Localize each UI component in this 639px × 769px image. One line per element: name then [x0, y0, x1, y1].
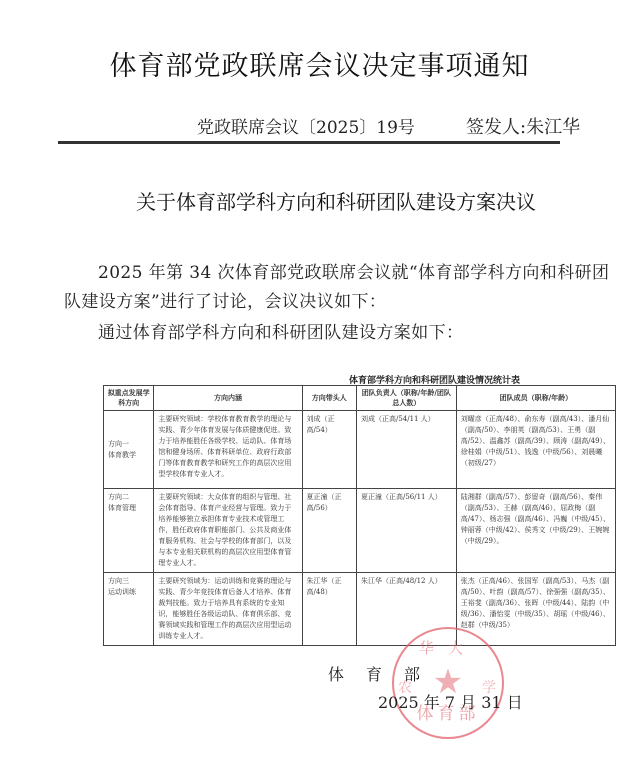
content-cell: 主要研究领域：大众体育的组织与管理、社会体育指导、体育产业经营与管理。致力于培养…: [154, 489, 302, 573]
header-members: 团队成员（职称/年龄）: [456, 386, 615, 411]
leader-cell: 夏正潼（正高/56）: [302, 489, 356, 573]
signature-department: 体育部: [328, 662, 442, 685]
seal-top-text: 华大: [394, 637, 502, 658]
table-header-row: 拟重点发展学科方向 方向内涵 方向带头人 团队负责人（职称/年龄/团队总人数） …: [104, 386, 616, 411]
signer: 签发人:朱江华: [466, 113, 580, 139]
body-paragraph-2: 通过体育部学科方向和科研团队建设方案如下：: [98, 318, 463, 343]
direction-name: 体育教学: [108, 450, 149, 461]
leader-cell: 朱江华（正高/48）: [302, 573, 356, 646]
members-cell: 陆湘群（副高/57）、彭留奇（副高/56）、秦伟（副高/53）、王赫（副高/46…: [456, 489, 615, 573]
direction-name: 体育管理: [108, 503, 149, 514]
header-team-head: 团队负责人（职称/年龄/团队总人数）: [356, 386, 456, 411]
members-cell: 刘曜彦（正高/48）、俞东寿（副高/43）、潘月仙（副高/50）、李朋英（副高/…: [456, 411, 615, 489]
header-direction: 拟重点发展学科方向: [104, 386, 154, 411]
discipline-team-table: 拟重点发展学科方向 方向内涵 方向带头人 团队负责人（职称/年龄/团队总人数） …: [103, 385, 616, 646]
direction-cell: 方向三 运动训练: [104, 573, 154, 646]
team-head-cell: 刘成（正高/54/11 人）: [356, 411, 456, 489]
document-title: 体育部党政联席会议决定事项通知: [0, 44, 639, 83]
table-row: 方向三 运动训练 主要研究领域为：运动训练和竞赛的理论与实践、青少年竞技体育后备…: [104, 573, 616, 646]
leader-cell: 刘成（正高/54）: [302, 411, 356, 489]
document-number: 党政联席会议〔2025〕19号: [197, 113, 415, 138]
direction-number: 方向三: [108, 576, 149, 587]
direction-name: 运动训练: [108, 587, 149, 598]
header-content: 方向内涵: [154, 386, 302, 411]
body-paragraph-1-line-1: 2025 年第 34 次体育部党政联席会议就“体育部学科方向和科研团: [98, 258, 609, 283]
signature-char: 部: [404, 662, 420, 685]
direction-number: 方向二: [108, 492, 149, 503]
signature-char: 体: [328, 662, 344, 685]
direction-cell: 方向二 体育管理: [104, 489, 154, 573]
resolution-subject: 关于体育部学科方向和科研团队建设方案决议: [136, 186, 536, 215]
team-head-cell: 夏正潼（正高/56/11 人）: [356, 489, 456, 573]
table-row: 方向一 体育教学 主要研究领域：学校体育教育教学的理论与实践、青少年体育发展与体…: [104, 411, 616, 489]
content-cell: 主要研究领域为：运动训练和竞赛的理论与实践、青少年竞技体育后备人才培养、体育裁判…: [154, 573, 302, 646]
header-divider: [58, 141, 560, 144]
body-paragraph-1-line-2: 队建设方案”进行了讨论，会议决议如下：: [64, 287, 386, 312]
table-row: 方向二 体育管理 主要研究领域：大众体育的组织与管理、社会体育指导、体育产业经营…: [104, 489, 616, 573]
signature-char: 育: [366, 662, 382, 685]
members-cell: 张杰（正高/46）、张国军（副高/53）、马杰（副高/50）、叶韵（副高/57）…: [456, 573, 615, 646]
signature-date: 2025 年 7 月 31 日: [378, 690, 523, 713]
direction-cell: 方向一 体育教学: [104, 411, 154, 489]
direction-number: 方向一: [108, 439, 149, 450]
header-leader: 方向带头人: [302, 386, 356, 411]
content-cell: 主要研究领域：学校体育教育教学的理论与实践、青少年体育发展与体质健康促进。致力于…: [154, 411, 302, 489]
